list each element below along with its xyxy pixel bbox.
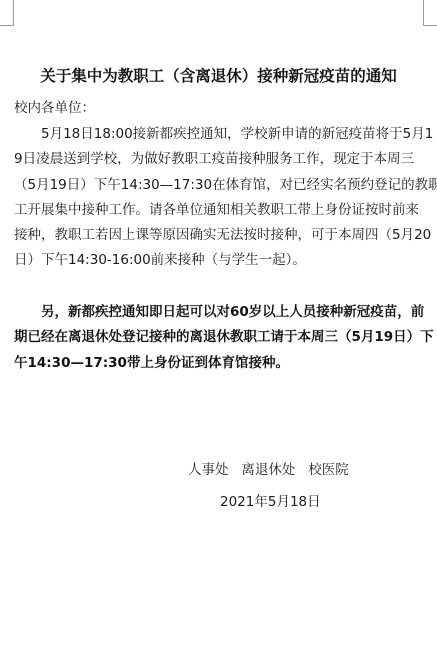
page-margin-mark-top-right bbox=[423, 0, 437, 26]
paragraph-line: 工开展集中接种工作。请各单位通知相关教职工带上身份证按时前来 bbox=[14, 198, 424, 223]
paragraph-line: 日）下午14:30-16:00前来接种（与学生一起）。 bbox=[14, 248, 424, 273]
paragraph-main-notice: 5月18日18:00接新都疾控通知，学校新申请的新冠疫苗将于5月1 9日凌晨送到… bbox=[14, 122, 424, 274]
paragraph-line: 5月18日18:00接新都疾控通知，学校新申请的新冠疫苗将于5月1 bbox=[14, 122, 424, 147]
paragraph-line: （5月19日）下午14:30—17:30在体育馆，对已经实名预约登记的教职 bbox=[14, 173, 424, 198]
issue-date: 2021年5月18日 bbox=[220, 490, 321, 510]
paragraph-line: 接种，教职工若因上课等原因确实无法按时接种，可于本周四（5月20 bbox=[14, 223, 424, 248]
paragraph-line: 午14:30—17:30带上身份证到体育馆接种。 bbox=[14, 351, 424, 376]
document-title: 关于集中为教职工（含离退休）接种新冠疫苗的通知 bbox=[0, 64, 437, 86]
issuing-departments: 人事处 离退休处 校医院 bbox=[188, 458, 349, 478]
paragraph-line: 另，新都疾控通知即日起可以对60岁以上人员接种新冠疫苗，前 bbox=[14, 300, 424, 325]
paragraph-line: 期已经在离退休处登记接种的离退休教职工请于本周三（5月19日）下 bbox=[14, 325, 424, 350]
page-margin-mark-top-left bbox=[0, 0, 14, 26]
salutation: 校内各单位： bbox=[14, 96, 95, 116]
paragraph-line: 9日凌晨送到学校，为做好教职工疫苗接种服务工作，现定于本周三 bbox=[14, 147, 424, 172]
paragraph-retiree-notice: 另，新都疾控通知即日起可以对60岁以上人员接种新冠疫苗，前 期已经在离退休处登记… bbox=[14, 300, 424, 376]
